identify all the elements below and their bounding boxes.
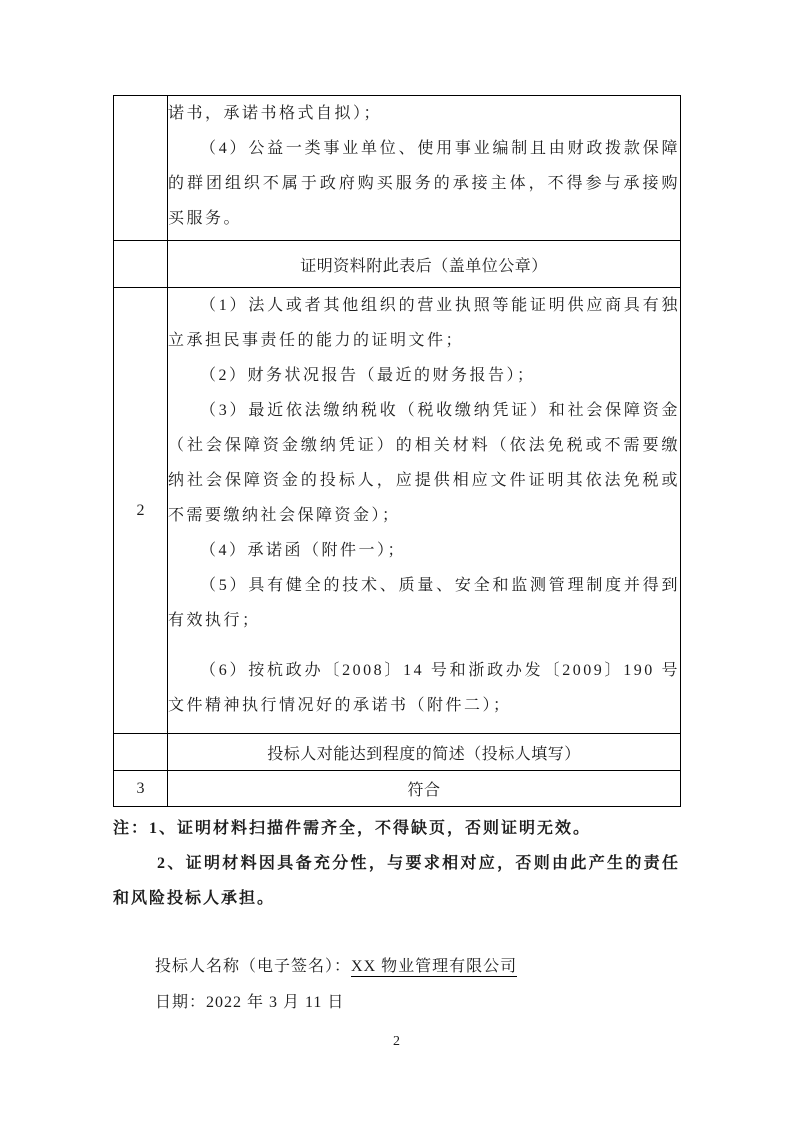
row-number-cell: 2 [114, 288, 168, 734]
note-line-2: 2、证明材料因具备充分性，与要求相对应，否则由此产生的责任和风险投标人承担。 [113, 846, 680, 916]
row-number-cell [114, 96, 168, 241]
bidder-name-value: XX 物业管理有限公司 [351, 958, 517, 977]
bidder-name-label: 投标人名称（电子签名）： [155, 958, 351, 975]
paragraph: 诺书，承诺书格式自拟）； [168, 96, 680, 131]
bidder-statement-label: 投标人对能达到程度的简述（投标人填写） [168, 734, 681, 771]
document-content: 诺书，承诺书格式自拟）； （4）公益一类事业单位、使用事业编制且由财政拨款保障的… [113, 95, 680, 1021]
bidder-name-line: 投标人名称（电子签名）：XX 物业管理有限公司 [113, 949, 680, 985]
row-number-cell: 3 [114, 771, 168, 807]
paragraph: （3）最近依法缴纳税收（税收缴纳凭证）和社会保障资金（社会保障资金缴纳凭证）的相… [168, 393, 680, 533]
table-row-compliance: 3 符合 [114, 771, 681, 807]
signature-block: 投标人名称（电子签名）：XX 物业管理有限公司 日期：2022 年 3 月 11… [113, 949, 680, 1021]
compliance-value: 符合 [168, 771, 681, 807]
row-content-cell: （1）法人或者其他组织的营业执照等能证明供应商具有独立承担民事责任的能力的证明文… [168, 288, 681, 734]
note-line-1: 注：1、证明材料扫描件需齐全，不得缺页，否则证明无效。 [113, 811, 680, 846]
table-row-bidder-statement: 投标人对能达到程度的简述（投标人填写） [114, 734, 681, 771]
document-page: 诺书，承诺书格式自拟）； （4）公益一类事业单位、使用事业编制且由财政拨款保障的… [0, 0, 793, 1122]
paragraph: （6）按杭政办〔2008〕14 号和浙政办发〔2009〕190 号文件精神执行情… [168, 653, 680, 723]
paragraph: （1）法人或者其他组织的营业执照等能证明供应商具有独立承担民事责任的能力的证明文… [168, 288, 680, 358]
row-number-cell [114, 734, 168, 771]
paragraph: （4）承诺函（附件一）； [168, 533, 680, 568]
page-number: 2 [0, 1034, 793, 1050]
paragraph: （5）具有健全的技术、质量、安全和监测管理制度并得到有效执行； [168, 568, 680, 638]
paragraph: （4）公益一类事业单位、使用事业编制且由财政拨款保障的群团组织不属于政府购买服务… [168, 131, 680, 236]
table-row-attachment-note: 证明资料附此表后（盖单位公章） [114, 241, 681, 288]
attachment-note-label: 证明资料附此表后（盖单位公章） [168, 241, 681, 288]
table-row-continuation: 诺书，承诺书格式自拟）； （4）公益一类事业单位、使用事业编制且由财政拨款保障的… [114, 96, 681, 241]
qualification-table: 诺书，承诺书格式自拟）； （4）公益一类事业单位、使用事业编制且由财政拨款保障的… [113, 95, 681, 807]
row-content-cell: 诺书，承诺书格式自拟）； （4）公益一类事业单位、使用事业编制且由财政拨款保障的… [168, 96, 681, 241]
date-line: 日期：2022 年 3 月 11 日 [113, 985, 680, 1021]
table-row-requirements: 2 （1）法人或者其他组织的营业执照等能证明供应商具有独立承担民事责任的能力的证… [114, 288, 681, 734]
row-number-cell [114, 241, 168, 288]
paragraph: （2）财务状况报告（最近的财务报告）； [168, 358, 680, 393]
